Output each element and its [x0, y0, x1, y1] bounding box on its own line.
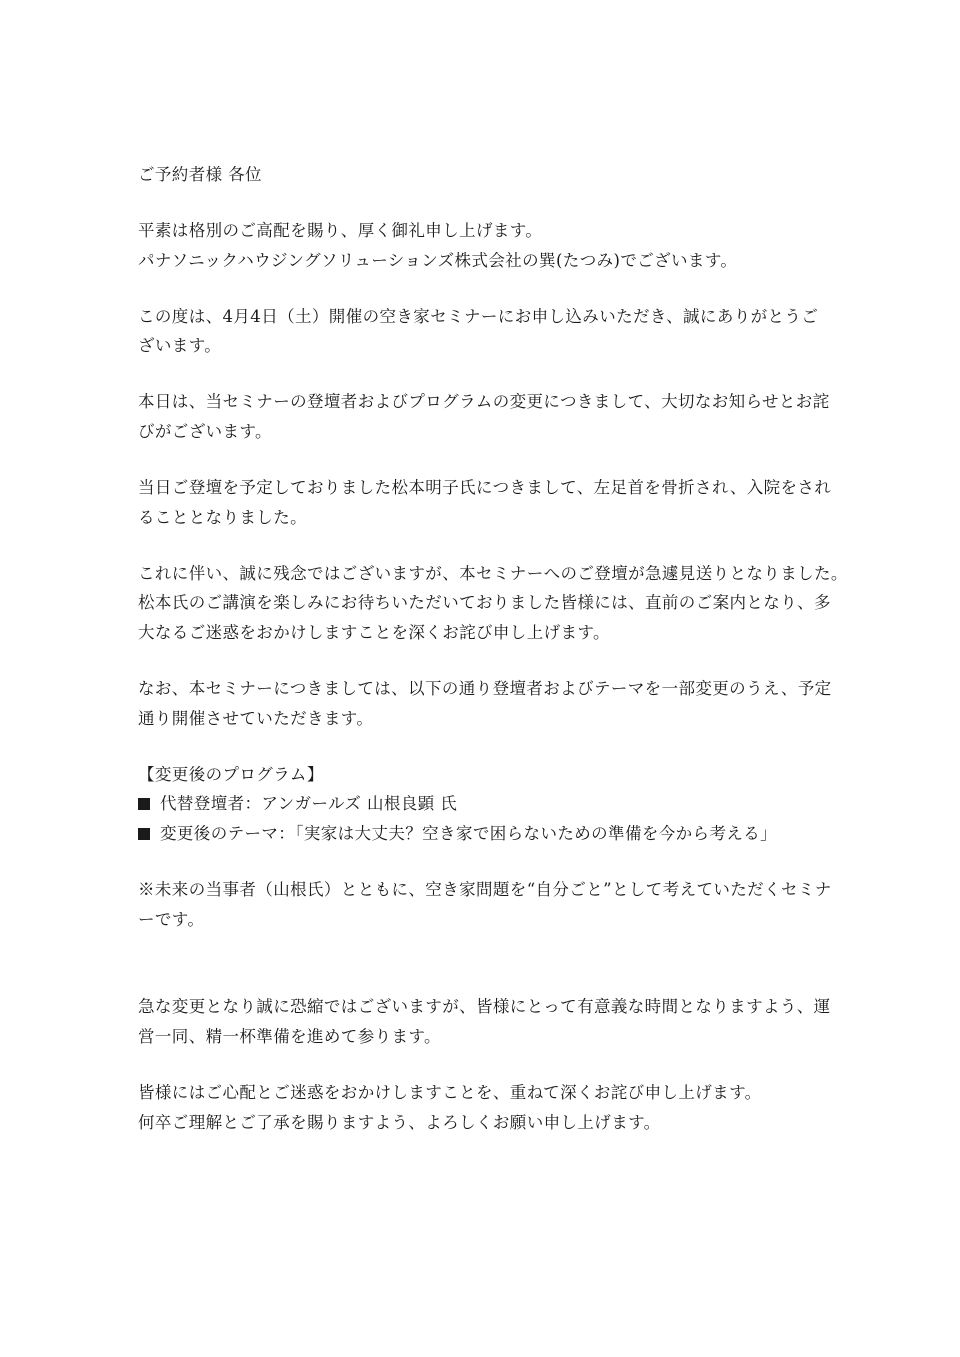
thanks-paragraph: この度は、4月4日（土）開催の空き家セミナーにお申し込みいただき、誠にありがとう… [138, 302, 838, 361]
closing-line: 営一同、精一杯準備を進めて参ります。 [138, 1022, 838, 1052]
thanks-line: この度は、4月4日（土）開催の空き家セミナーにお申し込みいただき、誠にありがとう… [138, 302, 838, 332]
apology-paragraph: これに伴い、誠に残念ではございますが、本セミナーへのご登壇が急遽見送りとなりまし… [138, 559, 838, 648]
note-paragraph: ※未来の当事者（山根氏）とともに、空き家問題を“自分ごと”として考えていただくセ… [138, 875, 838, 934]
notice-line: 本日は、当セミナーの登壇者およびプログラムの変更につきまして、大切なお知らせとお… [138, 387, 838, 417]
greeting-line: パナソニックハウジングソリューションズ株式会社の巽(たつみ)でございます。 [138, 246, 838, 276]
apology-line: これに伴い、誠に残念ではございますが、本セミナーへのご登壇が急遽見送りとなりまし… [138, 559, 838, 589]
program-item: 代替登壇者：アンガールズ 山根良顕 氏 [138, 789, 838, 819]
greeting-line: 平素は格別のご高配を賜り、厚く御礼申し上げます。 [138, 216, 838, 246]
note-line: ーです。 [138, 905, 838, 935]
apology-line: 松本氏のご講演を楽しみにお待ちいただいておりました皆様には、直前のご案内となり、… [138, 588, 838, 618]
notice-line: びがございます。 [138, 417, 838, 447]
continuation-paragraph: なお、本セミナーにつきましては、以下の通り登壇者およびテーマを一部変更のうえ、予… [138, 674, 838, 733]
closing-line: 何卒ご理解とご了承を賜りますよう、よろしくお願い申し上げます。 [138, 1108, 838, 1138]
letter-body: ご予約者様 各位 平素は格別のご高配を賜り、厚く御礼申し上げます。 パナソニック… [138, 160, 838, 1137]
closing-paragraph-2: 皆様にはご心配とご迷惑をおかけしますことを、重ねて深くお詫び申し上げます。 何卒… [138, 1078, 838, 1137]
notice-paragraph: 本日は、当セミナーの登壇者およびプログラムの変更につきまして、大切なお知らせとお… [138, 387, 838, 446]
closing-paragraph-1: 急な変更となり誠に恐縮ではございますが、皆様にとって有意義な時間となりますよう、… [138, 992, 838, 1051]
program-item-text: 変更後のテーマ：「実家は大丈夫？空き家で困らないための準備を今から考える」 [160, 824, 777, 843]
closing-line: 急な変更となり誠に恐縮ではございますが、皆様にとって有意義な時間となりますよう、… [138, 992, 838, 1022]
reason-line: 当日ご登壇を予定しておりました松本明子氏につきまして、左足首を骨折され、入院をさ… [138, 473, 838, 503]
program-heading: 【変更後のプログラム】 [138, 760, 838, 790]
note-line: ※未来の当事者（山根氏）とともに、空き家問題を“自分ごと”として考えていただくセ… [138, 875, 838, 905]
reason-line: ることとなりました。 [138, 503, 838, 533]
continuation-line: 通り開催させていただきます。 [138, 704, 838, 734]
reason-paragraph: 当日ご登壇を予定しておりました松本明子氏につきまして、左足首を骨折され、入院をさ… [138, 473, 838, 532]
program-section: 【変更後のプログラム】 代替登壇者：アンガールズ 山根良顕 氏 変更後のテーマ：… [138, 760, 838, 849]
square-bullet-icon [138, 828, 150, 840]
continuation-line: なお、本セミナーにつきましては、以下の通り登壇者およびテーマを一部変更のうえ、予… [138, 674, 838, 704]
closing-line: 皆様にはご心配とご迷惑をおかけしますことを、重ねて深くお詫び申し上げます。 [138, 1078, 838, 1108]
apology-line: 大なるご迷惑をおかけしますことを深くお詫び申し上げます。 [138, 618, 838, 648]
program-item-text: 代替登壇者：アンガールズ 山根良顕 氏 [160, 794, 457, 813]
greeting-paragraph: 平素は格別のご高配を賜り、厚く御礼申し上げます。 パナソニックハウジングソリュー… [138, 216, 838, 275]
salutation: ご予約者様 各位 [138, 160, 838, 190]
program-item: 変更後のテーマ：「実家は大丈夫？空き家で困らないための準備を今から考える」 [138, 819, 838, 849]
square-bullet-icon [138, 798, 150, 810]
thanks-line: ざいます。 [138, 331, 838, 361]
